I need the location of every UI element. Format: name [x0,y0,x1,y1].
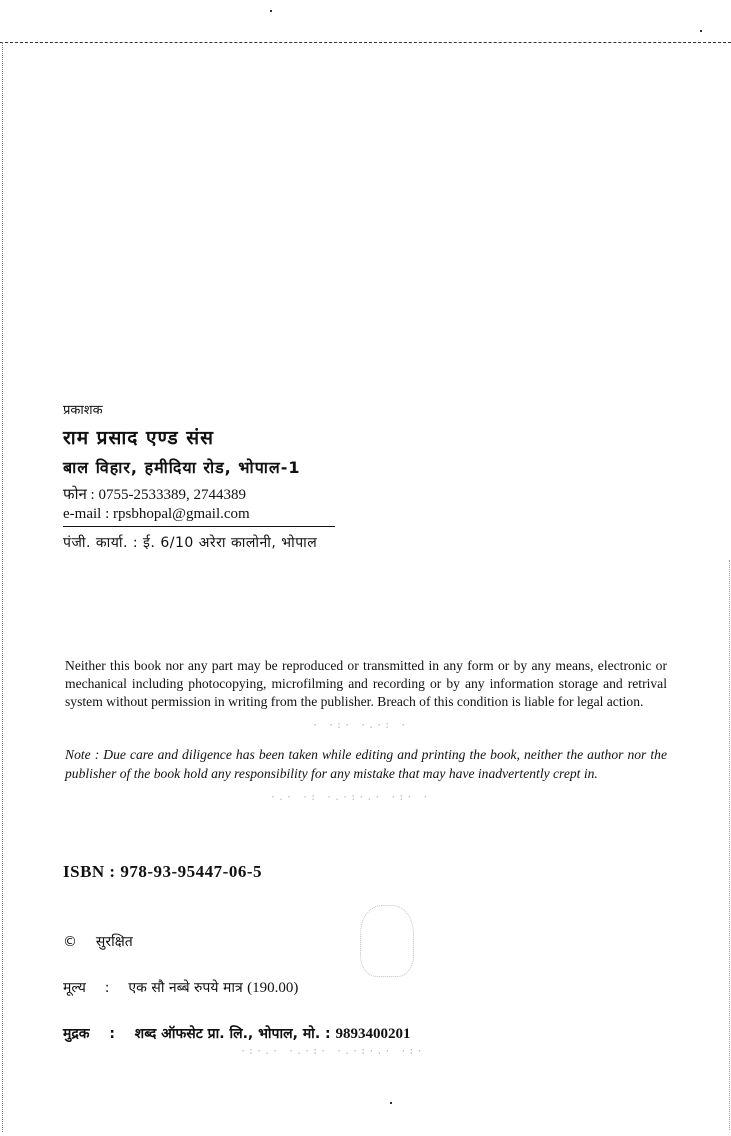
disclaimer-note: Note : Due care and diligence has been t… [65,745,667,783]
registered-office: पंजी. कार्या. : ई. 6/10 अरेरा कालोनी, भो… [63,533,335,552]
price-words: एक सौ नब्बे रुपये मात्र [128,980,242,996]
publisher-block: प्रकाशक राम प्रसाद एण्ड संस बाल विहार, ह… [63,400,335,552]
rights-notice: Neither this book nor any part may be re… [65,657,667,711]
price-line: मूल्य : एक सौ नब्बे रुपये मात्र (190.00) [63,978,298,997]
publisher-label: प्रकाशक [63,400,335,418]
printer-name: शब्द ऑफसेट प्रा. लि., भोपाल, मो. : [135,1026,331,1042]
printer-mobile: 9893400201 [335,1026,410,1042]
scan-speck [270,10,272,12]
printer-label: मुद्रक [63,1026,90,1042]
copyright-text: सुरक्षित [96,934,133,950]
faded-stamp-mark [360,905,414,977]
price-label: मूल्य [63,980,86,996]
scan-noise: ·:·.· ·.·:· ·.·:·.· ·:· [240,1046,424,1057]
scan-right-edge [729,560,730,1130]
scan-noise: ·.· ·: ·.·:·.· ·:· · [270,792,430,803]
price-amount: (190.00) [247,980,298,996]
publisher-email: e-mail : rpsbhopal@gmail.com [63,506,335,527]
printer-separator: : [109,1026,115,1042]
publisher-name: राम प्रसाद एण्ड संस [63,424,335,450]
scan-top-rule [0,42,731,43]
scan-noise: · ·:· ·.·: · [312,720,408,731]
copyright-icon: © [63,934,77,950]
printer-line: मुद्रक : शब्द ऑफसेट प्रा. लि., भोपाल, मो… [63,1024,410,1043]
publisher-phone: फोन : 0755-2533389, 2744389 [63,484,335,504]
publisher-address: बाल विहार, हमीदिया रोड, भोपाल-1 [63,456,335,478]
scan-speck [700,30,702,32]
isbn: ISBN : 978-93-95447-06-5 [63,862,262,882]
scan-speck [390,1102,392,1104]
price-separator: : [105,980,110,996]
scan-left-edge [2,42,3,1132]
copyright-line: © सुरक्षित [63,932,133,951]
